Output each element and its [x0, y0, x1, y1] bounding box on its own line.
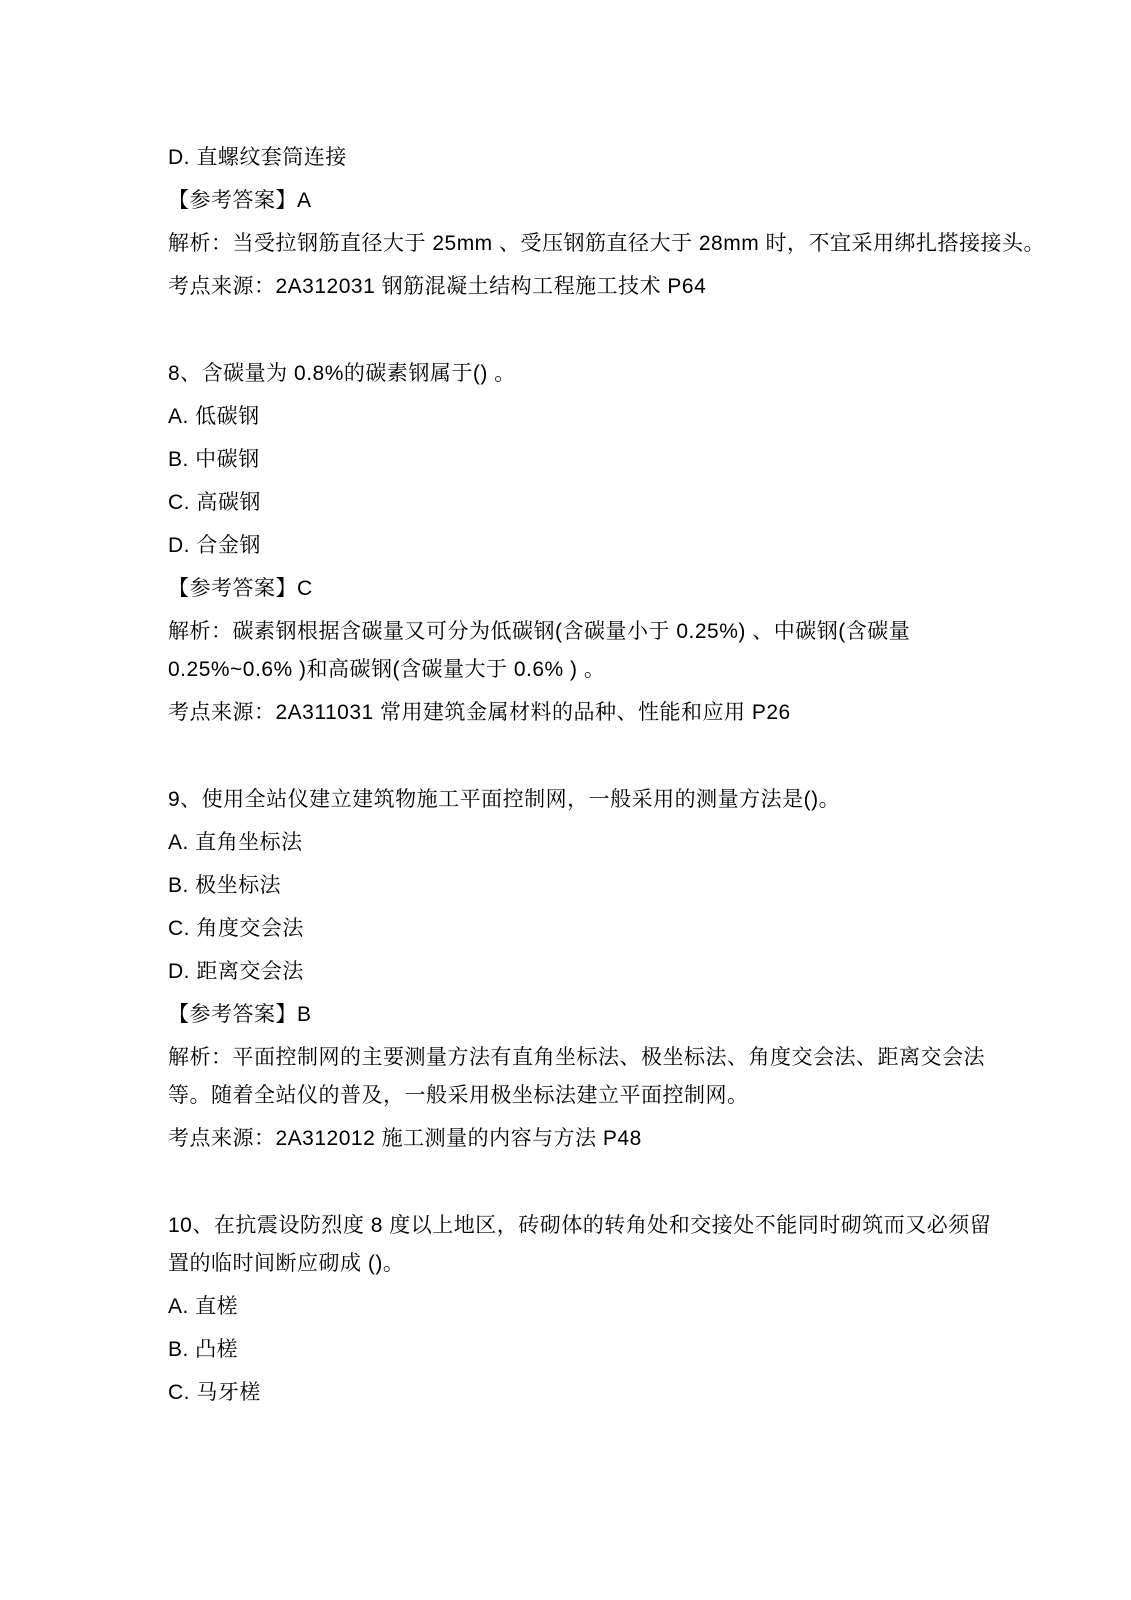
- option-line-d: D. 直螺纹套筒连接: [168, 139, 991, 177]
- source-line: 考点来源：2A312012 施工测量的内容与方法 P48: [168, 1120, 991, 1158]
- question-8: 8、含碳量为 0.8%的碳素钢属于() 。 A. 低碳钢 B. 中碳钢 C. 高…: [168, 355, 991, 732]
- explanation-paragraph: 解析：当受拉钢筋直径大于 25mm 、受压钢筋直径大于 28mm 时，不宜采用绑…: [168, 225, 991, 263]
- document-page: D. 直螺纹套筒连接 【参考答案】A 解析：当受拉钢筋直径大于 25mm 、受压…: [0, 0, 1131, 1600]
- option-paragraph: B. 中碳钢: [168, 441, 991, 479]
- option-line-c: C. 高碳钢: [168, 484, 991, 522]
- question-stem-line: 置的临时间断应砌成 ()。: [168, 1245, 991, 1283]
- answer-line: 【参考答案】A: [168, 182, 991, 220]
- option-paragraph: A. 低碳钢: [168, 398, 991, 436]
- option-paragraph: A. 直角坐标法: [168, 824, 991, 862]
- option-line-a: A. 低碳钢: [168, 398, 991, 436]
- source-paragraph: 考点来源：2A312031 钢筋混凝土结构工程施工技术 P64: [168, 268, 991, 306]
- question-9: 9、使用全站仪建立建筑物施工平面控制网，一般采用的测量方法是()。 A. 直角坐…: [168, 781, 991, 1158]
- question-stem: 9、使用全站仪建立建筑物施工平面控制网，一般采用的测量方法是()。: [168, 781, 991, 819]
- explanation-line: 解析：平面控制网的主要测量方法有直角坐标法、极坐标法、角度交会法、距离交会法: [168, 1039, 991, 1077]
- option-paragraph: B. 极坐标法: [168, 867, 991, 905]
- option-paragraph: D. 直螺纹套筒连接: [168, 139, 991, 177]
- answer-line: 【参考答案】C: [168, 570, 991, 608]
- explanation-line: 等。随着全站仪的普及，一般采用极坐标法建立平面控制网。: [168, 1077, 991, 1115]
- option-paragraph: C. 高碳钢: [168, 484, 991, 522]
- source-paragraph: 考点来源：2A311031 常用建筑金属材料的品种、性能和应用 P26: [168, 694, 991, 732]
- question-stem-line: 8、含碳量为 0.8%的碳素钢属于() 。: [168, 355, 991, 393]
- option-line-c: C. 马牙槎: [168, 1374, 991, 1412]
- option-paragraph: C. 马牙槎: [168, 1374, 991, 1412]
- question-10: 10、在抗震设防烈度 8 度以上地区，砖砌体的转角处和交接处不能同时砌筑而又必须…: [168, 1207, 991, 1412]
- option-line-c: C. 角度交会法: [168, 910, 991, 948]
- option-paragraph: C. 角度交会法: [168, 910, 991, 948]
- option-line-d: D. 距离交会法: [168, 953, 991, 991]
- source-line: 考点来源：2A312031 钢筋混凝土结构工程施工技术 P64: [168, 268, 991, 306]
- source-line: 考点来源：2A311031 常用建筑金属材料的品种、性能和应用 P26: [168, 694, 991, 732]
- explanation-paragraph: 解析：碳素钢根据含碳量又可分为低碳钢(含碳量小于 0.25%) 、中碳钢(含碳量…: [168, 613, 991, 689]
- option-line-b: B. 极坐标法: [168, 867, 991, 905]
- question-stem: 10、在抗震设防烈度 8 度以上地区，砖砌体的转角处和交接处不能同时砌筑而又必须…: [168, 1207, 991, 1283]
- question-stem: 8、含碳量为 0.8%的碳素钢属于() 。: [168, 355, 991, 393]
- option-paragraph: D. 距离交会法: [168, 953, 991, 991]
- option-line-d: D. 合金钢: [168, 527, 991, 565]
- option-line-b: B. 凸槎: [168, 1331, 991, 1369]
- question-stem-line: 10、在抗震设防烈度 8 度以上地区，砖砌体的转角处和交接处不能同时砌筑而又必须…: [168, 1207, 991, 1245]
- explanation-line: 0.25%~0.6% )和高碳钢(含碳量大于 0.6% ) 。: [168, 651, 991, 689]
- explanation-paragraph: 解析：平面控制网的主要测量方法有直角坐标法、极坐标法、角度交会法、距离交会法 等…: [168, 1039, 991, 1115]
- question-stem-line: 9、使用全站仪建立建筑物施工平面控制网，一般采用的测量方法是()。: [168, 781, 991, 819]
- option-line-a: A. 直槎: [168, 1288, 991, 1326]
- answer-paragraph: 【参考答案】C: [168, 570, 991, 608]
- option-paragraph: B. 凸槎: [168, 1331, 991, 1369]
- answer-paragraph: 【参考答案】A: [168, 182, 991, 220]
- source-paragraph: 考点来源：2A312012 施工测量的内容与方法 P48: [168, 1120, 991, 1158]
- option-line-a: A. 直角坐标法: [168, 824, 991, 862]
- answer-line: 【参考答案】B: [168, 996, 991, 1034]
- option-line-b: B. 中碳钢: [168, 441, 991, 479]
- answer-paragraph: 【参考答案】B: [168, 996, 991, 1034]
- explanation-line: 解析：当受拉钢筋直径大于 25mm 、受压钢筋直径大于 28mm 时，不宜采用绑…: [168, 225, 991, 263]
- explanation-line: 解析：碳素钢根据含碳量又可分为低碳钢(含碳量小于 0.25%) 、中碳钢(含碳量: [168, 613, 991, 651]
- option-paragraph: A. 直槎: [168, 1288, 991, 1326]
- option-paragraph: D. 合金钢: [168, 527, 991, 565]
- question-7-tail: D. 直螺纹套筒连接 【参考答案】A 解析：当受拉钢筋直径大于 25mm 、受压…: [168, 139, 991, 306]
